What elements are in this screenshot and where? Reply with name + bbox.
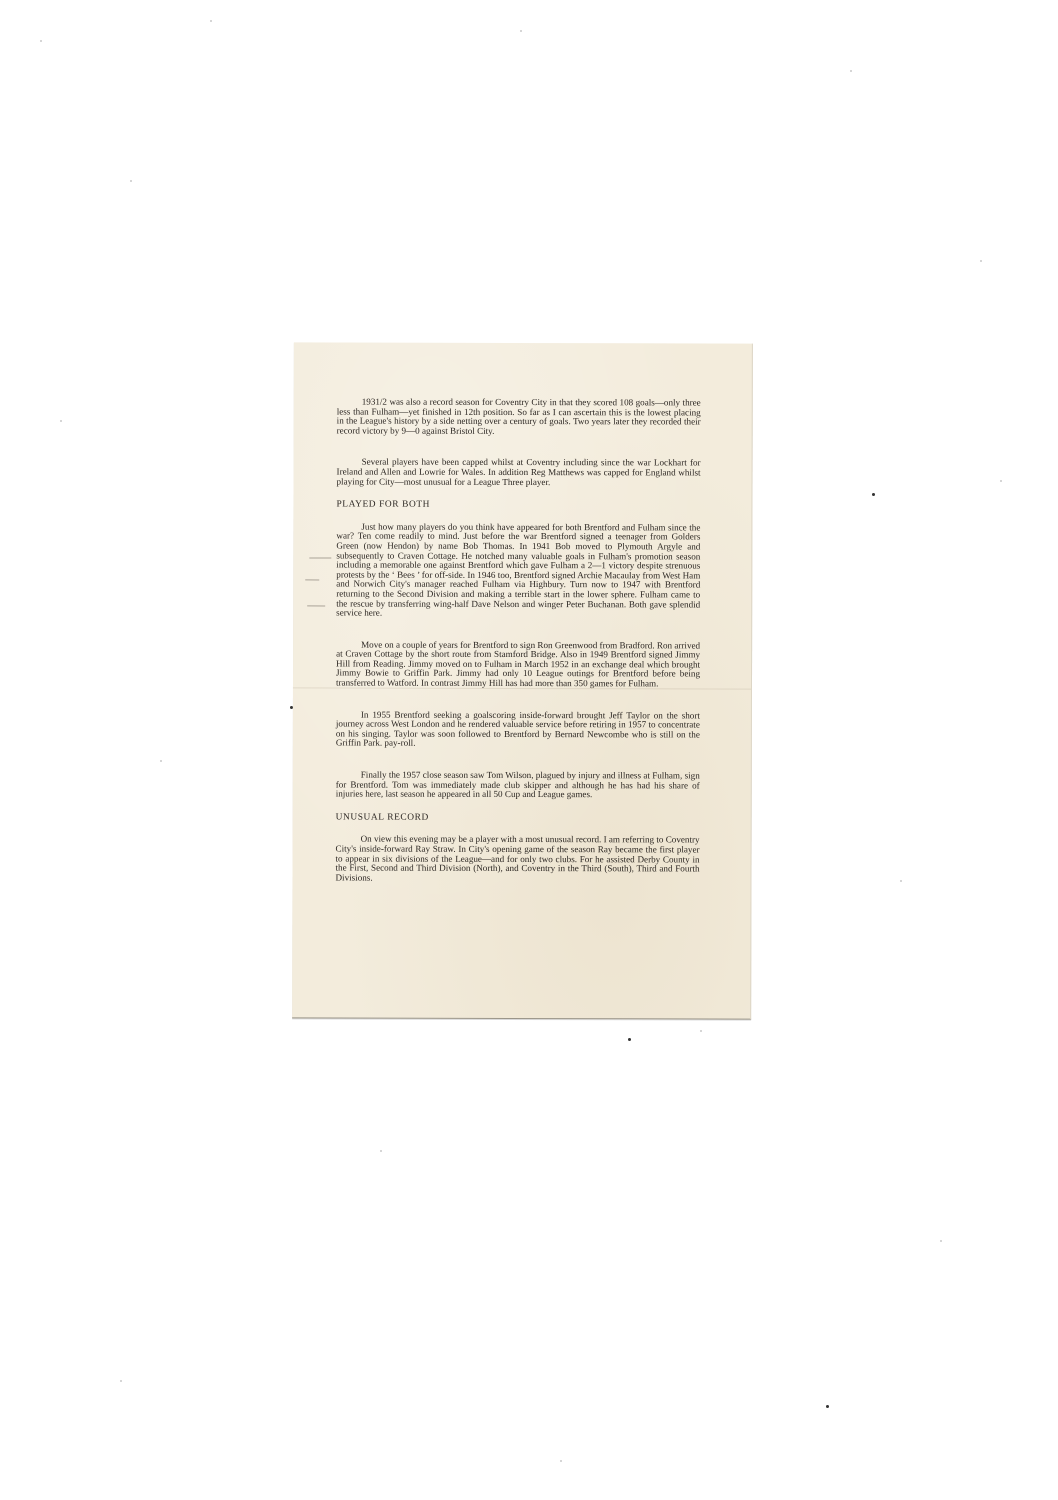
dust-speck [60, 420, 62, 422]
dust-speck [210, 20, 212, 22]
paragraph-tom-wilson: Finally the 1957 close season saw Tom Wi… [336, 771, 700, 801]
paragraph-greenwood-hill: Move on a couple of years for Brentford … [336, 640, 700, 689]
dust-speck [872, 493, 875, 496]
dust-speck [900, 880, 902, 882]
paragraph-ray-straw: On view this evening may be a player wit… [335, 835, 699, 884]
dust-speck [700, 1030, 702, 1032]
dust-speck [940, 1240, 942, 1242]
paragraph-taylor-newcombe: In 1955 Brentford seeking a goalscoring … [336, 710, 700, 749]
dust-speck [1000, 480, 1002, 482]
article-body: 1931/2 was also a record season for Cove… [335, 398, 700, 906]
dust-speck [826, 1405, 829, 1408]
dust-speck [130, 180, 132, 182]
dust-speck [40, 40, 42, 42]
dust-speck [120, 1380, 122, 1382]
paragraph-coventry-record-season: 1931/2 was also a record season for Cove… [337, 398, 701, 437]
programme-page: 1931/2 was also a record season for Cove… [292, 342, 753, 1019]
dust-speck [520, 30, 522, 32]
section-heading-played-for-both: PLAYED FOR BOTH [336, 501, 700, 512]
dust-speck [980, 260, 982, 262]
dust-speck [628, 1038, 631, 1041]
paragraph-capped-players: Several players have been capped whilst … [337, 458, 701, 488]
dust-speck [850, 70, 852, 72]
paragraph-both-clubs-intro: Just how many players do you think have … [336, 522, 700, 619]
dust-speck [560, 1460, 562, 1462]
dust-speck [380, 1150, 382, 1152]
dust-speck [160, 760, 162, 762]
section-heading-unusual-record: UNUSUAL RECORD [336, 813, 700, 824]
